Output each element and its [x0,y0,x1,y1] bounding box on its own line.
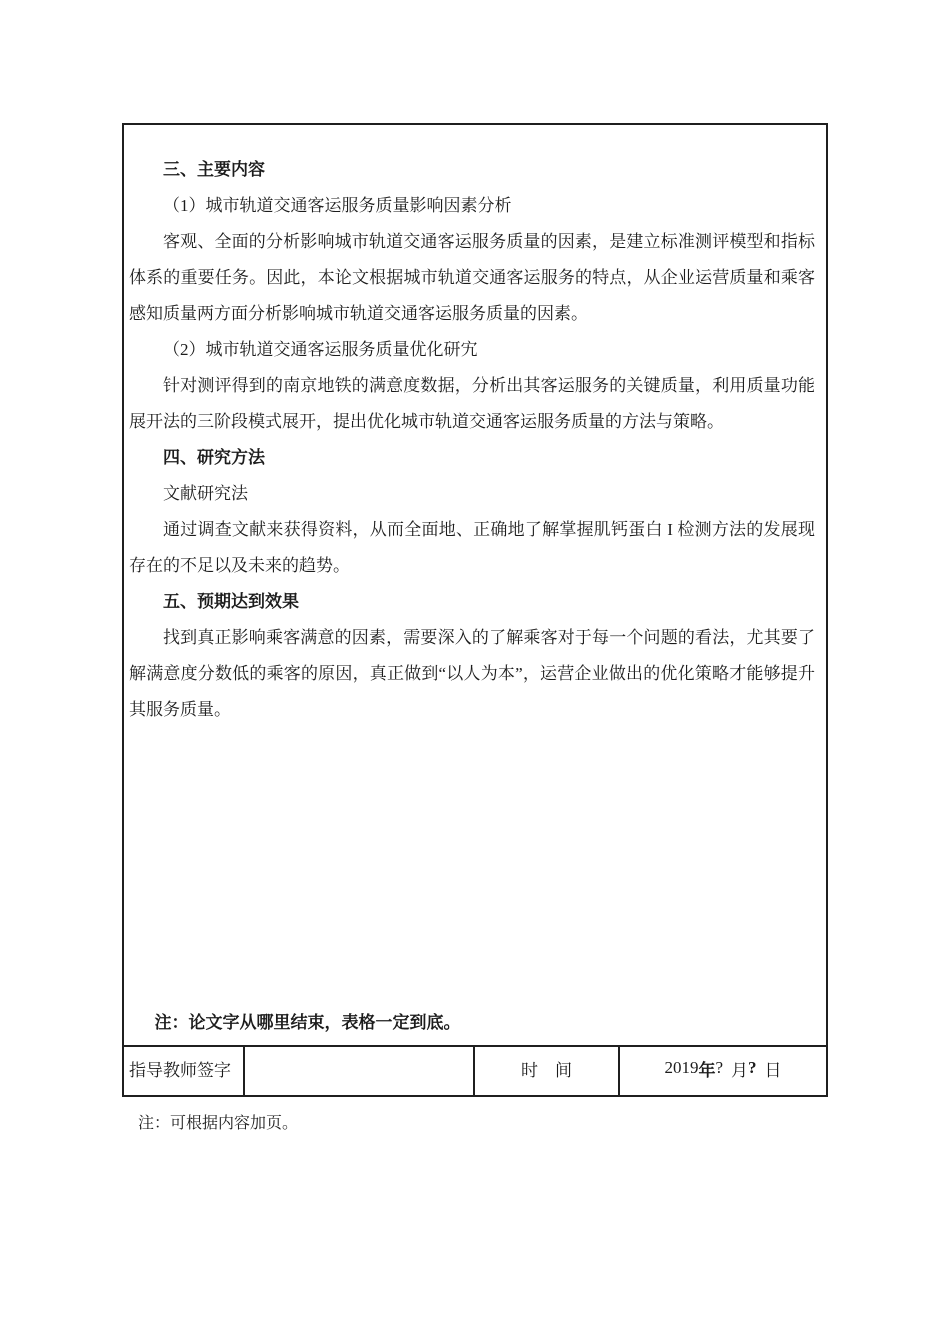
advisor-signature-label: 指导教师签字 [129,1056,231,1081]
time-label: 时 间 [521,1056,572,1081]
heading-research-method: 四、研究方法 [129,440,815,476]
date-day-unit: 日 [765,1056,782,1081]
advisor-signature-row: 指导教师签字 时 间 2019年?月?日 [124,1045,826,1095]
thesis-form-table: 三、主要内容 （1）城市轨道交通客运服务质量影响因素分析 客观、全面的分析影响城… [122,123,828,1097]
para-method-name: 文献研究法 [129,476,815,512]
heading-expected-results: 五、预期达到效果 [129,584,815,620]
date-year: 2019 [664,1058,698,1078]
para-expected-desc: 找到真正影响乘客满意的因素，需要深入的了解乘客对于每一个问题的看法，尤其要了解满… [129,620,815,728]
table-end-note: 注：论文字从哪里结束，表格一定到底。 [129,1005,815,1041]
main-content-cell: 三、主要内容 （1）城市轨道交通客运服务质量影响因素分析 客观、全面的分析影响城… [124,125,826,1045]
para-method-desc: 通过调查文献来获得资料，从而全面地、正确地了解掌握肌钙蛋白 I 检测方法的发展现… [129,512,815,584]
date-month-unit: 月 [731,1056,748,1081]
date-day-placeholder: ? [748,1058,757,1078]
para-topic-2-title: （2）城市轨道交通客运服务质量优化研宄 [129,332,815,368]
time-label-cell: 时 间 [475,1047,620,1095]
date-cell: 2019年?月?日 [620,1047,826,1095]
advisor-signature-label-cell: 指导教师签字 [124,1047,245,1095]
date-month-placeholder: ? [715,1058,723,1078]
advisor-signature-empty-cell [245,1047,475,1095]
para-topic-2-desc: 针对测评得到的南京地铁的满意度数据，分析出其客运服务的关键质量，利用质量功能展开… [129,368,815,440]
para-topic-1-title: （1）城市轨道交通客运服务质量影响因素分析 [129,188,815,224]
date-year-unit: 年 [698,1056,715,1081]
page-append-note: 注：可根据内容加页。 [138,1112,298,1136]
para-topic-1-desc: 客观、全面的分析影响城市轨道交通客运服务质量的因素，是建立标准测评模型和指标体系… [129,224,815,332]
heading-main-content: 三、主要内容 [129,152,815,188]
